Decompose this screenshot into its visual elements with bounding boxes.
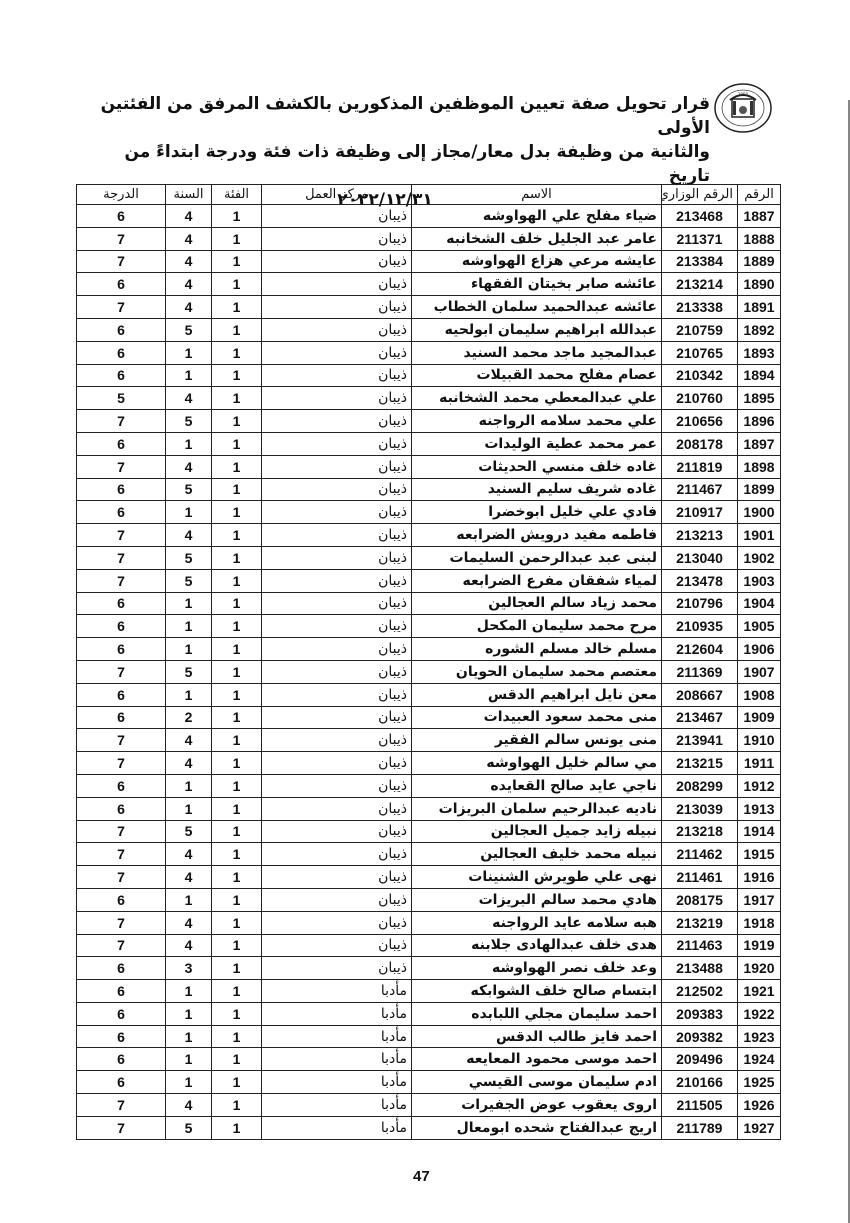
ministry-number-cell: 213039 [662, 797, 738, 820]
category-cell: 1 [212, 911, 262, 934]
category-cell: 1 [212, 752, 262, 775]
name-cell: اروى يعقوب عوض الجفيرات [412, 1094, 662, 1117]
work-center-cell: مأدبا [262, 1116, 412, 1139]
table-header-row: الرقم الرقم الوزاري الاسم مركز العمل الف… [77, 185, 781, 205]
year-cell: 1 [166, 683, 212, 706]
name-cell: عمر محمد عطية الوليدات [412, 432, 662, 455]
grade-cell: 6 [77, 478, 166, 501]
year-cell: 1 [166, 432, 212, 455]
year-cell: 5 [166, 569, 212, 592]
year-cell: 1 [166, 1071, 212, 1094]
grade-cell: 7 [77, 569, 166, 592]
name-cell: غاده شريف سليم السنيد [412, 478, 662, 501]
table-row: 1912208299ناجي عايد صالح القعايدهذيبان11… [77, 774, 781, 797]
table-row: 1889213384عايشه مرعي هزاع الهواوشهذيبان1… [77, 250, 781, 273]
serial-cell: 1925 [738, 1071, 781, 1094]
table-row: 1924209496احمد موسى محمود المعايعهمأدبا1… [77, 1048, 781, 1071]
year-cell: 5 [166, 546, 212, 569]
year-cell: 1 [166, 1048, 212, 1071]
work-center-cell: ذيبان [262, 660, 412, 683]
serial-cell: 1894 [738, 364, 781, 387]
name-cell: وعد خلف نصر الهواوشه [412, 957, 662, 980]
ministry-number-cell: 210166 [662, 1071, 738, 1094]
serial-cell: 1905 [738, 615, 781, 638]
year-cell: 1 [166, 1025, 212, 1048]
ministry-number-cell: 208175 [662, 888, 738, 911]
serial-cell: 1898 [738, 455, 781, 478]
ministry-number-cell: 212604 [662, 638, 738, 661]
table-row: 1913213039ناديه عبدالرحيم سلمان البريزات… [77, 797, 781, 820]
category-cell: 1 [212, 296, 262, 319]
table-row: 1919211463هدى خلف عبدالهادى جلابنهذيبان1… [77, 934, 781, 957]
category-cell: 1 [212, 683, 262, 706]
work-center-cell: مأدبا [262, 1025, 412, 1048]
table-row: 1897208178عمر محمد عطية الوليداتذيبان116 [77, 432, 781, 455]
grade-cell: 7 [77, 843, 166, 866]
grade-cell: 6 [77, 774, 166, 797]
year-cell: 1 [166, 501, 212, 524]
year-cell: 1 [166, 592, 212, 615]
category-cell: 1 [212, 387, 262, 410]
name-cell: احمد سليمان مجلي اللبابده [412, 1002, 662, 1025]
grade-cell: 6 [77, 318, 166, 341]
table-row: 1887213468ضياء مفلح علي الهواوشهذيبان146 [77, 205, 781, 228]
year-cell: 1 [166, 980, 212, 1003]
serial-cell: 1900 [738, 501, 781, 524]
work-center-cell: ذيبان [262, 569, 412, 592]
name-cell: علي عبدالمعطي محمد الشخانبه [412, 387, 662, 410]
ministry-number-cell: 209383 [662, 1002, 738, 1025]
name-cell: معن نايل ابراهيم الدقس [412, 683, 662, 706]
category-cell: 1 [212, 1071, 262, 1094]
ministry-number-cell: 210796 [662, 592, 738, 615]
table-row: 1927211789اريج عبدالفتاح شحده ابومعالمأد… [77, 1116, 781, 1139]
grade-cell: 6 [77, 638, 166, 661]
year-cell: 1 [166, 774, 212, 797]
work-center-cell: ذيبان [262, 888, 412, 911]
work-center-cell: مأدبا [262, 1002, 412, 1025]
work-center-cell: ذيبان [262, 227, 412, 250]
ministry-number-cell: 210935 [662, 615, 738, 638]
serial-cell: 1893 [738, 341, 781, 364]
year-cell: 4 [166, 866, 212, 889]
ministry-number-cell: 211371 [662, 227, 738, 250]
category-cell: 1 [212, 1094, 262, 1117]
year-cell: 4 [166, 752, 212, 775]
col-header-name: الاسم [412, 185, 662, 205]
category-cell: 1 [212, 615, 262, 638]
ministry-number-cell: 211369 [662, 660, 738, 683]
work-center-cell: مأدبا [262, 1048, 412, 1071]
category-cell: 1 [212, 980, 262, 1003]
category-cell: 1 [212, 866, 262, 889]
grade-cell: 6 [77, 432, 166, 455]
grade-cell: 6 [77, 1048, 166, 1071]
grade-cell: 7 [77, 660, 166, 683]
table-row: 1894210342عصام مفلح محمد القبيلاتذيبان11… [77, 364, 781, 387]
year-cell: 4 [166, 843, 212, 866]
ministry-number-cell: 213218 [662, 820, 738, 843]
year-cell: 4 [166, 524, 212, 547]
year-cell: 5 [166, 820, 212, 843]
year-cell: 1 [166, 615, 212, 638]
name-cell: عائشه صابر بخيتان الفقهاء [412, 273, 662, 296]
grade-cell: 7 [77, 934, 166, 957]
name-cell: نبيله زايد جميل العجالين [412, 820, 662, 843]
category-cell: 1 [212, 797, 262, 820]
ministry-number-cell: 208667 [662, 683, 738, 706]
serial-cell: 1892 [738, 318, 781, 341]
table-row: 1888211371عامر عبد الجليل خلف الشخانبهذي… [77, 227, 781, 250]
name-cell: احمد موسى محمود المعايعه [412, 1048, 662, 1071]
table-row: 1903213478لمياء شفقان مفرع الضرابعهذيبان… [77, 569, 781, 592]
work-center-cell: ذيبان [262, 683, 412, 706]
title-line-1: قرار تحويل صفة تعيين الموظفين المذكورين … [100, 92, 710, 140]
serial-cell: 1903 [738, 569, 781, 592]
work-center-cell: ذيبان [262, 387, 412, 410]
name-cell: ناديه عبدالرحيم سلمان البريزات [412, 797, 662, 820]
col-header-serial: الرقم [738, 185, 781, 205]
ministry-number-cell: 210342 [662, 364, 738, 387]
serial-cell: 1889 [738, 250, 781, 273]
name-cell: عبدالله ابراهيم سليمان ابولحيه [412, 318, 662, 341]
serial-cell: 1921 [738, 980, 781, 1003]
category-cell: 1 [212, 1116, 262, 1139]
year-cell: 4 [166, 250, 212, 273]
year-cell: 2 [166, 706, 212, 729]
name-cell: لبنى عبد عبدالرحمن السليمات [412, 546, 662, 569]
name-cell: ناجي عايد صالح القعايده [412, 774, 662, 797]
serial-cell: 1919 [738, 934, 781, 957]
ministry-number-cell: 211819 [662, 455, 738, 478]
serial-cell: 1922 [738, 1002, 781, 1025]
name-cell: نبيله محمد خليف العجالين [412, 843, 662, 866]
category-cell: 1 [212, 273, 262, 296]
serial-cell: 1904 [738, 592, 781, 615]
category-cell: 1 [212, 820, 262, 843]
work-center-cell: ذيبان [262, 273, 412, 296]
category-cell: 1 [212, 501, 262, 524]
work-center-cell: ذيبان [262, 774, 412, 797]
category-cell: 1 [212, 592, 262, 615]
category-cell: 1 [212, 569, 262, 592]
table-row: 1923209382احمد فايز طالب الدقسمأدبا116 [77, 1025, 781, 1048]
name-cell: هدى خلف عبدالهادى جلابنه [412, 934, 662, 957]
work-center-cell: ذيبان [262, 911, 412, 934]
serial-cell: 1913 [738, 797, 781, 820]
name-cell: معتصم محمد سليمان الحويان [412, 660, 662, 683]
category-cell: 1 [212, 546, 262, 569]
year-cell: 5 [166, 1116, 212, 1139]
category-cell: 1 [212, 660, 262, 683]
work-center-cell: ذيبان [262, 501, 412, 524]
category-cell: 1 [212, 706, 262, 729]
year-cell: 5 [166, 410, 212, 433]
grade-cell: 7 [77, 250, 166, 273]
serial-cell: 1909 [738, 706, 781, 729]
grade-cell: 5 [77, 387, 166, 410]
ministry-emblem-icon: 1950 [713, 82, 773, 134]
serial-cell: 1915 [738, 843, 781, 866]
category-cell: 1 [212, 774, 262, 797]
table-row: 1901213213فاطمه مفيد درويش الضرابعهذيبان… [77, 524, 781, 547]
serial-cell: 1897 [738, 432, 781, 455]
serial-cell: 1888 [738, 227, 781, 250]
category-cell: 1 [212, 250, 262, 273]
work-center-cell: ذيبان [262, 797, 412, 820]
category-cell: 1 [212, 888, 262, 911]
category-cell: 1 [212, 957, 262, 980]
year-cell: 1 [166, 797, 212, 820]
category-cell: 1 [212, 364, 262, 387]
table-row: 1902213040لبنى عبد عبدالرحمن السليماتذيب… [77, 546, 781, 569]
table-row: 1890213214عائشه صابر بخيتان الفقهاءذيبان… [77, 273, 781, 296]
work-center-cell: مأدبا [262, 1094, 412, 1117]
ministry-number-cell: 213219 [662, 911, 738, 934]
name-cell: هادي محمد سالم البريزات [412, 888, 662, 911]
table-row: 1911213215مي سالم خليل الهواوشهذيبان147 [77, 752, 781, 775]
ministry-number-cell: 213478 [662, 569, 738, 592]
ministry-number-cell: 213384 [662, 250, 738, 273]
serial-cell: 1916 [738, 866, 781, 889]
table-row: 1896210656علي محمد سلامه الرواجنهذيبان15… [77, 410, 781, 433]
grade-cell: 7 [77, 524, 166, 547]
grade-cell: 6 [77, 273, 166, 296]
category-cell: 1 [212, 638, 262, 661]
serial-cell: 1891 [738, 296, 781, 319]
ministry-number-cell: 210759 [662, 318, 738, 341]
serial-cell: 1906 [738, 638, 781, 661]
table-row: 1920213488وعد خلف نصر الهواوشهذيبان136 [77, 957, 781, 980]
category-cell: 1 [212, 205, 262, 228]
grade-cell: 6 [77, 797, 166, 820]
ministry-number-cell: 209382 [662, 1025, 738, 1048]
ministry-number-cell: 213941 [662, 729, 738, 752]
ministry-number-cell: 211467 [662, 478, 738, 501]
serial-cell: 1901 [738, 524, 781, 547]
category-cell: 1 [212, 341, 262, 364]
work-center-cell: ذيبان [262, 706, 412, 729]
ministry-number-cell: 208299 [662, 774, 738, 797]
grade-cell: 7 [77, 820, 166, 843]
table-row: 1922209383احمد سليمان مجلي اللبابدهمأدبا… [77, 1002, 781, 1025]
work-center-cell: ذيبان [262, 638, 412, 661]
serial-cell: 1926 [738, 1094, 781, 1117]
name-cell: لمياء شفقان مفرع الضرابعه [412, 569, 662, 592]
serial-cell: 1899 [738, 478, 781, 501]
work-center-cell: ذيبان [262, 866, 412, 889]
col-header-work-center: مركز العمل [262, 185, 412, 205]
year-cell: 4 [166, 205, 212, 228]
name-cell: ابتسام صالح خلف الشوابكه [412, 980, 662, 1003]
work-center-cell: ذيبان [262, 364, 412, 387]
work-center-cell: مأدبا [262, 980, 412, 1003]
year-cell: 1 [166, 638, 212, 661]
ministry-number-cell: 213215 [662, 752, 738, 775]
name-cell: فادي علي خليل ابوخضرا [412, 501, 662, 524]
table-row: 1909213467منى محمد سعود العبيداتذيبان126 [77, 706, 781, 729]
name-cell: مي سالم خليل الهواوشه [412, 752, 662, 775]
serial-cell: 1920 [738, 957, 781, 980]
table-row: 1916211461نهى علي طويرش الشنيناتذيبان147 [77, 866, 781, 889]
ministry-number-cell: 211789 [662, 1116, 738, 1139]
table-row: 1918213219هبه سلامه عايد الرواجنهذيبان14… [77, 911, 781, 934]
grade-cell: 6 [77, 957, 166, 980]
name-cell: فاطمه مفيد درويش الضرابعه [412, 524, 662, 547]
grade-cell: 7 [77, 455, 166, 478]
work-center-cell: ذيبان [262, 341, 412, 364]
ministry-number-cell: 211461 [662, 866, 738, 889]
table-row: 1917208175هادي محمد سالم البريزاتذيبان11… [77, 888, 781, 911]
name-cell: عائشه عبدالحميد سلمان الخطاب [412, 296, 662, 319]
ministry-number-cell: 211462 [662, 843, 738, 866]
serial-cell: 1887 [738, 205, 781, 228]
table-row: 1905210935مرح محمد سليمان المكحلذيبان116 [77, 615, 781, 638]
serial-cell: 1923 [738, 1025, 781, 1048]
grade-cell: 6 [77, 1025, 166, 1048]
serial-cell: 1914 [738, 820, 781, 843]
grade-cell: 7 [77, 911, 166, 934]
name-cell: احمد فايز طالب الدقس [412, 1025, 662, 1048]
ministry-number-cell: 212502 [662, 980, 738, 1003]
svg-text:1950: 1950 [738, 92, 749, 97]
name-cell: اريج عبدالفتاح شحده ابومعال [412, 1116, 662, 1139]
work-center-cell: مأدبا [262, 1071, 412, 1094]
ministry-number-cell: 211463 [662, 934, 738, 957]
grade-cell: 7 [77, 296, 166, 319]
grade-cell: 6 [77, 364, 166, 387]
grade-cell: 6 [77, 980, 166, 1003]
ministry-number-cell: 213338 [662, 296, 738, 319]
work-center-cell: ذيبان [262, 546, 412, 569]
year-cell: 4 [166, 911, 212, 934]
name-cell: غاده خلف منسي الحديثات [412, 455, 662, 478]
work-center-cell: ذيبان [262, 478, 412, 501]
work-center-cell: ذيبان [262, 934, 412, 957]
grade-cell: 6 [77, 501, 166, 524]
category-cell: 1 [212, 1025, 262, 1048]
name-cell: مرح محمد سليمان المكحل [412, 615, 662, 638]
name-cell: نهى علي طويرش الشنينات [412, 866, 662, 889]
col-header-grade: الدرجة [77, 185, 166, 205]
table-row: 1904210796محمد زياد سالم العجالينذيبان11… [77, 592, 781, 615]
grade-cell: 7 [77, 1094, 166, 1117]
serial-cell: 1924 [738, 1048, 781, 1071]
year-cell: 5 [166, 318, 212, 341]
grade-cell: 6 [77, 615, 166, 638]
work-center-cell: ذيبان [262, 455, 412, 478]
year-cell: 4 [166, 1094, 212, 1117]
serial-cell: 1902 [738, 546, 781, 569]
table-row: 1891213338عائشه عبدالحميد سلمان الخطابذي… [77, 296, 781, 319]
category-cell: 1 [212, 455, 262, 478]
serial-cell: 1907 [738, 660, 781, 683]
ministry-number-cell: 208178 [662, 432, 738, 455]
table-row: 1925210166ادم سليمان موسى القيسيمأدبا116 [77, 1071, 781, 1094]
name-cell: عامر عبد الجليل خلف الشخانبه [412, 227, 662, 250]
year-cell: 1 [166, 1002, 212, 1025]
serial-cell: 1912 [738, 774, 781, 797]
name-cell: منى يونس سالم الفقير [412, 729, 662, 752]
work-center-cell: ذيبان [262, 957, 412, 980]
grade-cell: 6 [77, 888, 166, 911]
name-cell: عصام مفلح محمد القبيلات [412, 364, 662, 387]
ministry-number-cell: 209496 [662, 1048, 738, 1071]
serial-cell: 1911 [738, 752, 781, 775]
table-row: 1893210765عبدالمجيد ماجد محمد السنيدذيبا… [77, 341, 781, 364]
grade-cell: 7 [77, 752, 166, 775]
year-cell: 4 [166, 296, 212, 319]
year-cell: 5 [166, 478, 212, 501]
table-row: 1898211819غاده خلف منسي الحديثاتذيبان147 [77, 455, 781, 478]
col-header-category: الفئة [212, 185, 262, 205]
page-number: 47 [413, 1168, 430, 1185]
col-header-year: السنة [166, 185, 212, 205]
employees-table: الرقم الرقم الوزاري الاسم مركز العمل الف… [76, 184, 781, 1140]
table-row: 1907211369معتصم محمد سليمان الحويانذيبان… [77, 660, 781, 683]
table-row: 1910213941منى يونس سالم الفقيرذيبان147 [77, 729, 781, 752]
serial-cell: 1927 [738, 1116, 781, 1139]
serial-cell: 1895 [738, 387, 781, 410]
name-cell: علي محمد سلامه الرواجنه [412, 410, 662, 433]
category-cell: 1 [212, 729, 262, 752]
year-cell: 1 [166, 888, 212, 911]
grade-cell: 7 [77, 866, 166, 889]
work-center-cell: ذيبان [262, 820, 412, 843]
table-row: 1892210759عبدالله ابراهيم سليمان ابولحيه… [77, 318, 781, 341]
grade-cell: 6 [77, 341, 166, 364]
category-cell: 1 [212, 478, 262, 501]
grade-cell: 7 [77, 1116, 166, 1139]
table-row: 1895210760علي عبدالمعطي محمد الشخانبهذيب… [77, 387, 781, 410]
table-row: 1906212604مسلم خالد مسلم الشورهذيبان116 [77, 638, 781, 661]
work-center-cell: ذيبان [262, 592, 412, 615]
table-row: 1908208667معن نايل ابراهيم الدقسذيبان116 [77, 683, 781, 706]
category-cell: 1 [212, 410, 262, 433]
category-cell: 1 [212, 227, 262, 250]
category-cell: 1 [212, 1002, 262, 1025]
name-cell: منى محمد سعود العبيدات [412, 706, 662, 729]
grade-cell: 6 [77, 205, 166, 228]
serial-cell: 1910 [738, 729, 781, 752]
year-cell: 1 [166, 341, 212, 364]
serial-cell: 1890 [738, 273, 781, 296]
grade-cell: 6 [77, 1002, 166, 1025]
year-cell: 4 [166, 934, 212, 957]
work-center-cell: ذيبان [262, 729, 412, 752]
grade-cell: 6 [77, 1071, 166, 1094]
ministry-number-cell: 213468 [662, 205, 738, 228]
year-cell: 1 [166, 364, 212, 387]
ministry-number-cell: 213213 [662, 524, 738, 547]
name-cell: ضياء مفلح علي الهواوشه [412, 205, 662, 228]
name-cell: ادم سليمان موسى القيسي [412, 1071, 662, 1094]
ministry-number-cell: 211505 [662, 1094, 738, 1117]
grade-cell: 7 [77, 227, 166, 250]
name-cell: محمد زياد سالم العجالين [412, 592, 662, 615]
year-cell: 4 [166, 273, 212, 296]
name-cell: مسلم خالد مسلم الشوره [412, 638, 662, 661]
work-center-cell: ذيبان [262, 205, 412, 228]
name-cell: عبدالمجيد ماجد محمد السنيد [412, 341, 662, 364]
ministry-number-cell: 210765 [662, 341, 738, 364]
grade-cell: 7 [77, 729, 166, 752]
table-row: 1900210917فادي علي خليل ابوخضراذيبان116 [77, 501, 781, 524]
category-cell: 1 [212, 432, 262, 455]
grade-cell: 6 [77, 683, 166, 706]
year-cell: 4 [166, 227, 212, 250]
ministry-number-cell: 213488 [662, 957, 738, 980]
